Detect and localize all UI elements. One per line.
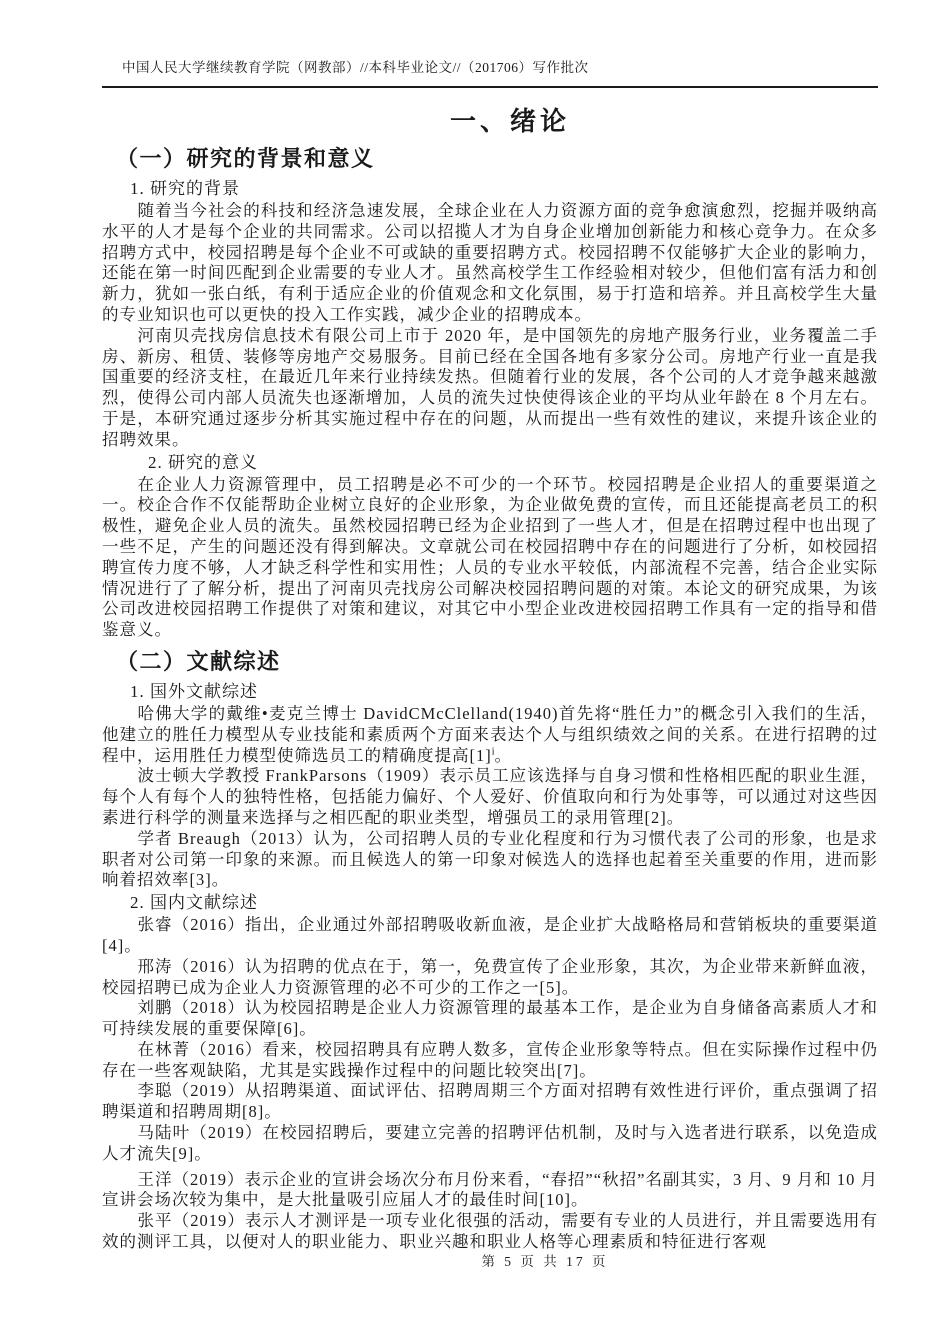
paragraph-wangyang: 王洋（2019）表示企业的宣讲会场次分布月份来看，“春招”“秋招”名副其实，3 … bbox=[102, 1170, 878, 1212]
document-body: 一、绪论 （一）研究的背景和意义 1. 研究的背景 随着当今社会的科技和经济急速… bbox=[102, 104, 878, 1253]
paragraph-background-1: 随着当今社会的科技和经济急速发展，全球企业在人力资源方面的竞争愈演愈烈，挖掘并吸… bbox=[102, 201, 878, 326]
page-number-label: 第 5 页 共 17 页 bbox=[481, 1254, 608, 1269]
paragraph-mcclelland-tail: 。 bbox=[495, 746, 513, 765]
paragraph-linjing: 在林菁（2016）看来，校园招聘具有应聘人数多，宣传企业形象等特点。但在实际操作… bbox=[102, 1040, 878, 1082]
section-1-sub-1-heading: 1. 研究的背景 bbox=[102, 178, 878, 200]
paragraph-zhangping: 张平（2019）表示人才测评是一项专业化很强的活动，需要有专业的人员进行，并且需… bbox=[102, 1211, 878, 1253]
paragraph-parsons: 波士顿大学教授 FrankParsons（1909）表示员工应该选择与自身习惯和… bbox=[102, 766, 878, 828]
page-footer: 第 5 页 共 17 页 bbox=[170, 1253, 920, 1271]
paragraph-background-2: 河南贝壳找房信息技术有限公司上市于 2020 年，是中国领先的房地产服务行业，业… bbox=[102, 326, 878, 451]
section-2-sub-2-heading: 2. 国内文献综述 bbox=[102, 892, 878, 914]
section-1-sub-2-heading: 2. 研究的意义 bbox=[102, 452, 878, 474]
paragraph-licong: 李聪（2019）从招聘渠道、面试评估、招聘周期三个方面对招聘有效性进行评价，重点… bbox=[102, 1081, 878, 1123]
paragraph-maluye: 马陆叶（2019）在校园招聘后，要建立完善的招聘评估机制，及时与入选者进行联系，… bbox=[102, 1123, 878, 1165]
section-2-heading: （二）文献综述 bbox=[102, 647, 878, 677]
header-text: 中国人民大学继续教育学院（网教部）//本科毕业论文//（201706）写作批次 bbox=[122, 60, 589, 75]
page-header: 中国人民大学继续教育学院（网教部）//本科毕业论文//（201706）写作批次 bbox=[102, 58, 878, 88]
paragraph-mcclelland-text: 哈佛大学的戴维•麦克兰博士 DavidCMcClelland(1940)首先将“… bbox=[102, 704, 878, 765]
section-1-heading: （一）研究的背景和意义 bbox=[102, 144, 878, 174]
paragraph-breaugh: 学者 Breaugh（2013）认为，公司招聘人员的专业化程度和行为习惯代表了公… bbox=[102, 829, 878, 891]
paragraph-liupeng: 刘鹏（2018）认为校园招聘是企业人力资源管理的最基本工作，是企业为自身储备高素… bbox=[102, 998, 878, 1040]
chapter-title: 一、绪论 bbox=[102, 104, 878, 138]
paragraph-mcclelland: 哈佛大学的戴维•麦克兰博士 DavidCMcClelland(1940)首先将“… bbox=[102, 704, 878, 766]
paragraph-xingtao: 邢涛（2016）认为招聘的优点在于，第一，免费宣传了企业形象，其次，为企业带来新… bbox=[102, 957, 878, 999]
document-page: 中国人民大学继续教育学院（网教部）//本科毕业论文//（201706）写作批次 … bbox=[0, 0, 950, 1344]
section-2-sub-1-heading: 1. 国外文献综述 bbox=[102, 681, 878, 703]
paragraph-zhangrui: 张睿（2016）指出，企业通过外部招聘吸收新血液，是企业扩大战略格局和营销板块的… bbox=[102, 915, 878, 957]
paragraph-significance: 在企业人力资源管理中，员工招聘是必不可少的一个环节。校园招聘是企业招人的重要渠道… bbox=[102, 475, 878, 641]
